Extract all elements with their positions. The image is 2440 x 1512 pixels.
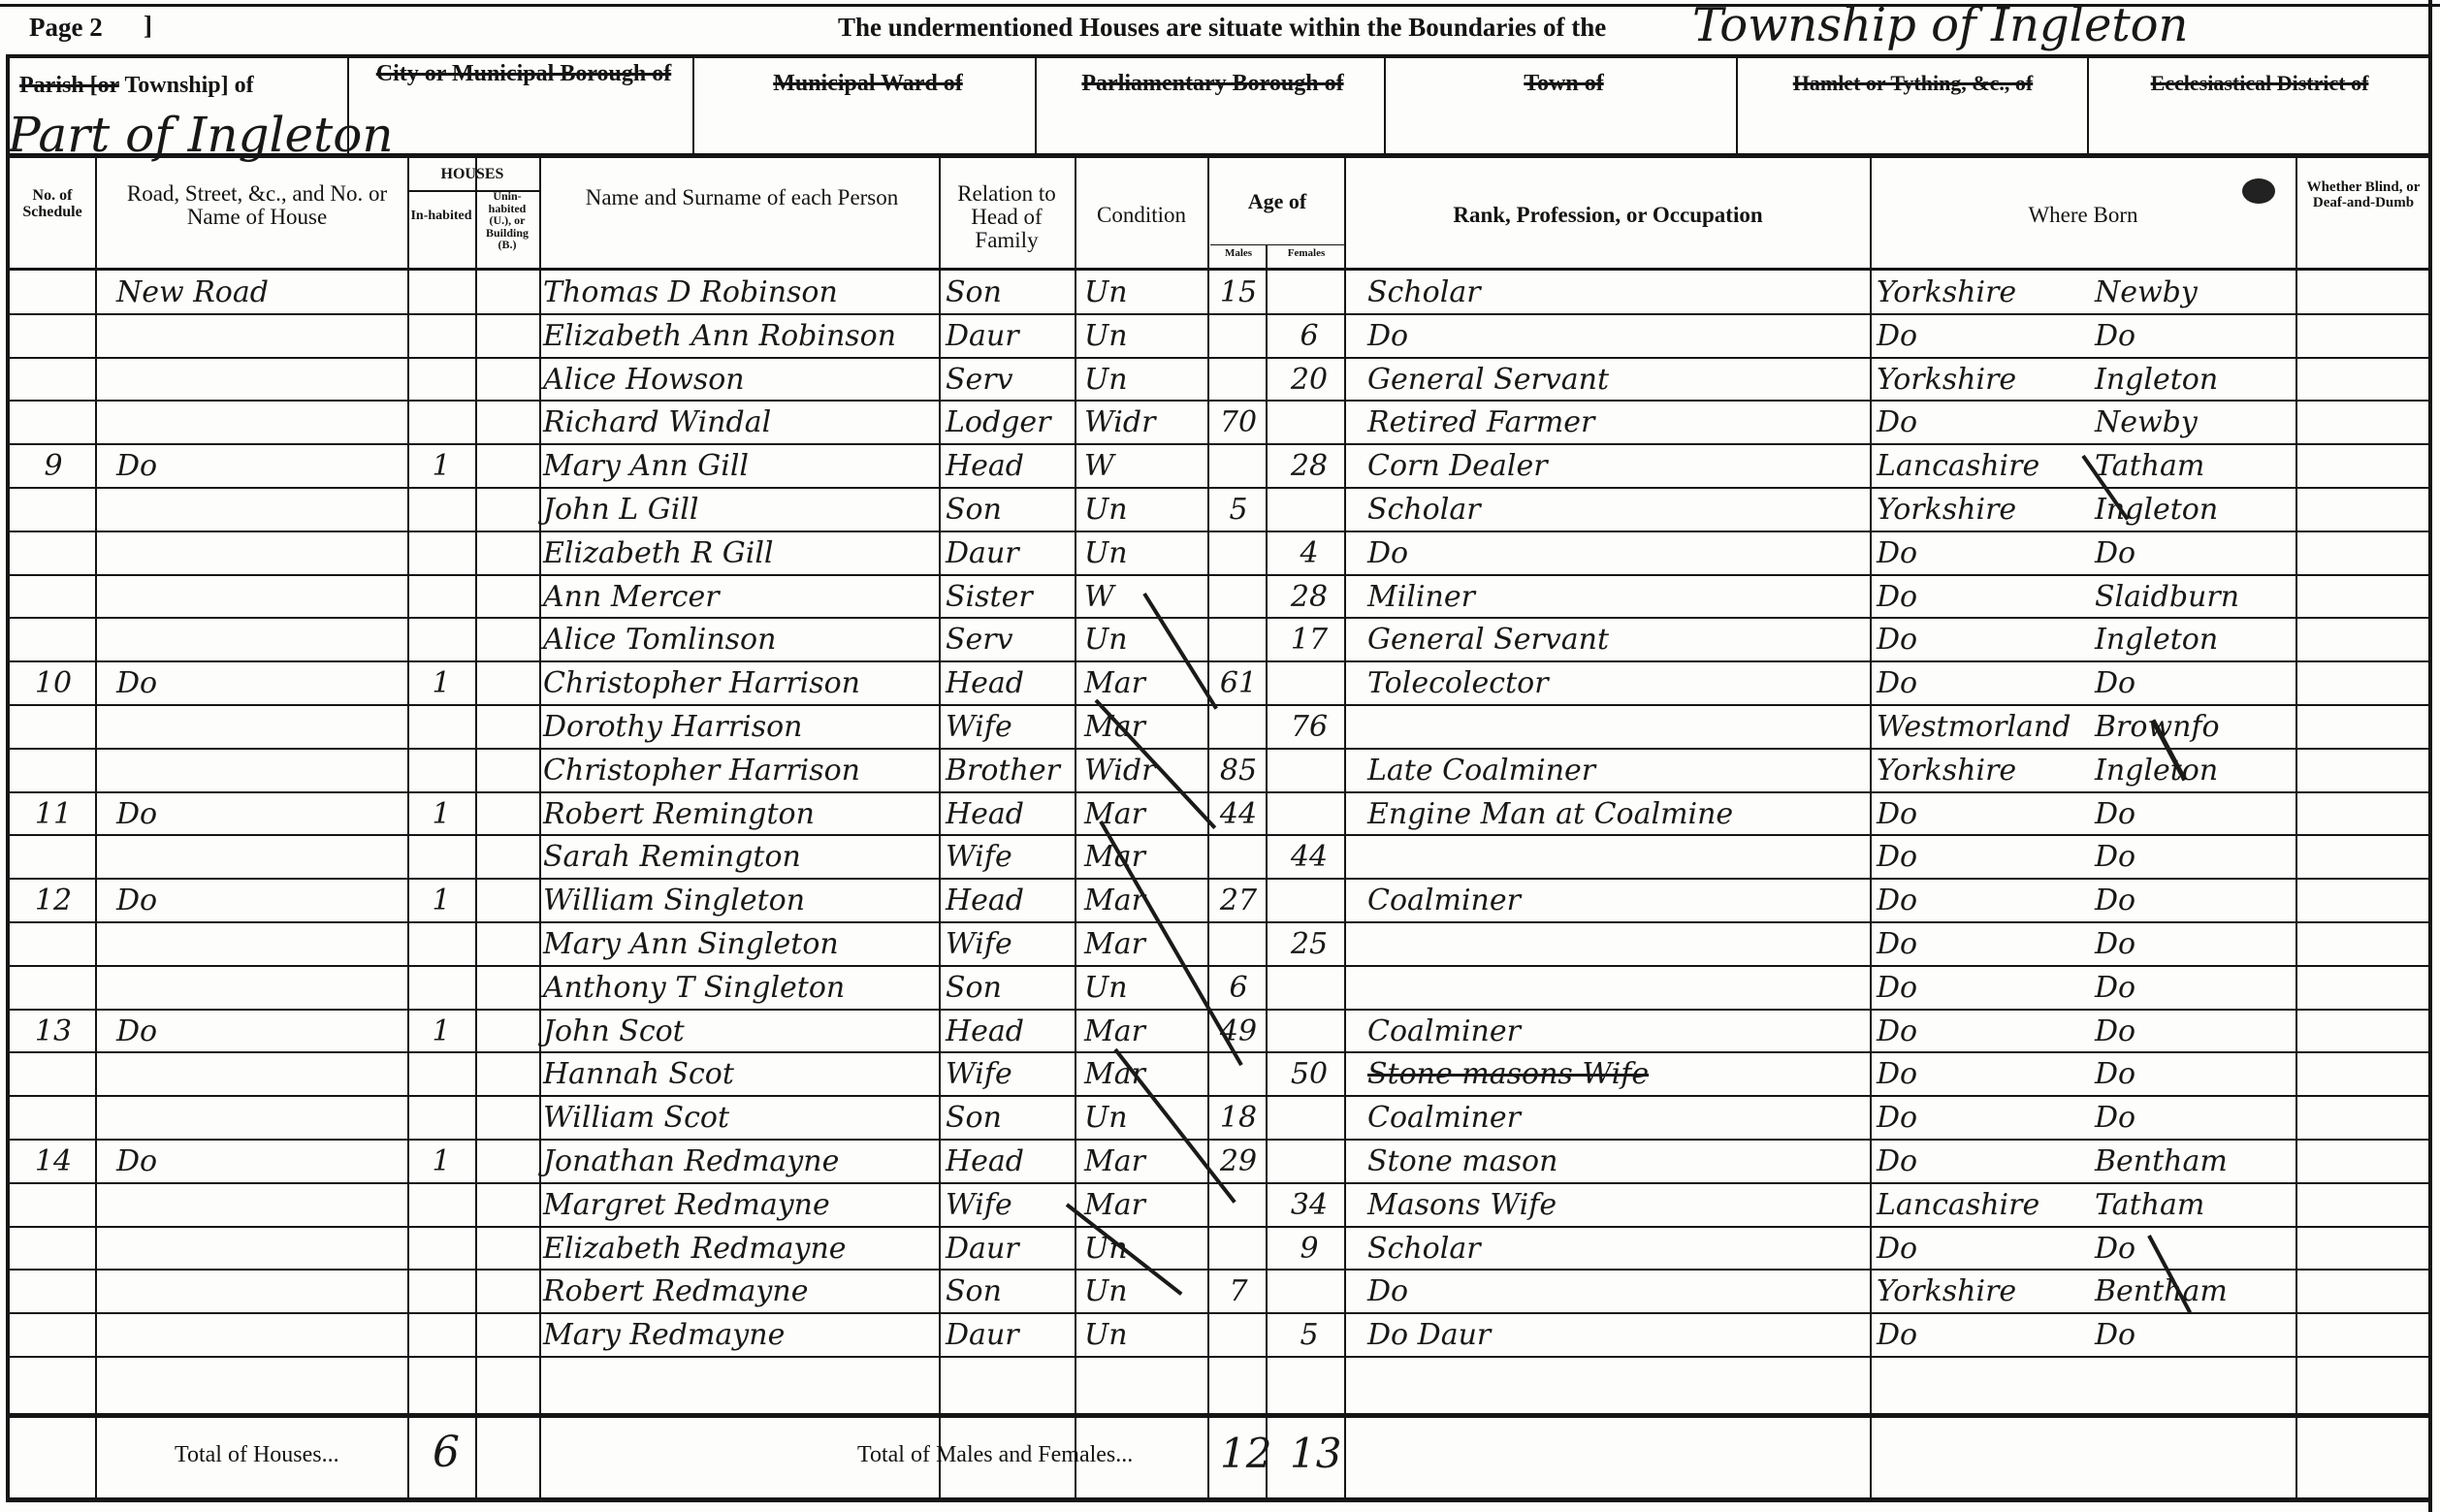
- schedule-cell: 9: [19, 452, 87, 481]
- name-cell: Christopher Harrison: [543, 669, 941, 698]
- condition-cell: W: [1084, 452, 1205, 481]
- occupation-cell: Coalminer: [1367, 886, 1862, 916]
- occupation-cell: Do Daur: [1367, 1321, 1862, 1350]
- born-county-cell: Do: [1877, 974, 2090, 1003]
- header-rule: [6, 54, 2430, 58]
- born-county-cell: Do: [1877, 843, 2090, 872]
- relation-cell: Wife: [946, 1191, 1072, 1220]
- born-county-cell: Yorkshire: [1877, 756, 2090, 786]
- female-age-cell: 44: [1280, 843, 1338, 872]
- table-row: Margret RedmayneWifeMar34Masons WifeLanc…: [0, 1185, 2440, 1229]
- table-row: Anthony T SingletonSonUn6DoDo: [0, 968, 2440, 1012]
- female-age-cell: 20: [1280, 366, 1338, 395]
- name-cell: William Scot: [543, 1104, 941, 1133]
- name-cell: Christopher Harrison: [543, 756, 941, 786]
- male-age-cell: 15: [1214, 278, 1263, 307]
- occupation-cell: Miliner: [1367, 583, 1862, 612]
- female-age-cell: 28: [1280, 452, 1338, 481]
- born-place-cell: Do: [2095, 539, 2289, 568]
- age-subrule: [1210, 244, 1344, 245]
- township-of: Township] of: [124, 73, 253, 98]
- born-place-cell: Do: [2095, 669, 2289, 698]
- occupation-cell: Do: [1367, 1277, 1862, 1306]
- condition-cell: Mar: [1084, 1147, 1205, 1176]
- condition-cell: Un: [1084, 974, 1205, 1003]
- relation-cell: Lodger: [946, 408, 1072, 437]
- female-age-cell: 34: [1280, 1191, 1338, 1220]
- row-rule: [10, 487, 2428, 489]
- born-county-cell: Yorkshire: [1877, 1277, 2090, 1306]
- col-schedule: No. of Schedule: [10, 188, 95, 221]
- born-county-cell: Do: [1877, 1060, 2090, 1089]
- table-row: William ScotSonUn18CoalminerDoDo: [0, 1098, 2440, 1142]
- relation-cell: Wife: [946, 713, 1072, 742]
- schedule-cell: 11: [19, 800, 87, 829]
- male-age-cell: 61: [1214, 669, 1263, 698]
- born-place-cell: Ingleton: [2095, 366, 2289, 395]
- table-row: Alice TomlinsonServUn17General ServantDo…: [0, 620, 2440, 663]
- name-cell: Mary Ann Singleton: [543, 930, 941, 959]
- female-age-cell: 5: [1280, 1321, 1338, 1350]
- row-rule: [10, 748, 2428, 750]
- female-age-cell: 50: [1280, 1060, 1338, 1089]
- relation-cell: Wife: [946, 843, 1072, 872]
- table-row: 10Do1Christopher HarrisonHeadMar61Toleco…: [0, 663, 2440, 707]
- condition-cell: Un: [1084, 322, 1205, 351]
- col-houses: HOUSES: [407, 167, 537, 183]
- total-persons-label: Total of Males and Females...: [857, 1443, 1216, 1467]
- row-rule: [10, 878, 2428, 880]
- road-cell: Do: [116, 669, 398, 698]
- boundary-written: Township of Ingleton: [1692, 2, 2188, 48]
- row-rule: [10, 1095, 2428, 1097]
- district-town-label: Town of: [1397, 72, 1731, 96]
- row-rule: [10, 921, 2428, 923]
- col-road: Road, Street, &c., and No. or Name of Ho…: [116, 182, 398, 229]
- total-males-value: 12: [1220, 1433, 1271, 1474]
- born-county-cell: Westmorland: [1877, 713, 2090, 742]
- born-place-cell: Tatham: [2095, 452, 2289, 481]
- inhabited-cell: 1: [417, 1017, 466, 1046]
- occupation-cell: Scholar: [1367, 496, 1862, 525]
- name-cell: Sarah Remington: [543, 843, 941, 872]
- total-houses-label: Total of Houses...: [175, 1443, 407, 1467]
- row-rule: [10, 574, 2428, 576]
- col-blind: Whether Blind, or Deaf-and-Dumb: [2298, 180, 2428, 211]
- occupation-cell: Stone mason: [1367, 1147, 1862, 1176]
- col-where-born: Where Born: [1872, 204, 2295, 227]
- col-relation: Relation to Head of Family: [941, 182, 1073, 252]
- relation-cell: Son: [946, 1104, 1072, 1133]
- male-age-cell: 6: [1214, 974, 1263, 1003]
- total-females-value: 13: [1290, 1433, 1341, 1474]
- born-place-cell: Do: [2095, 886, 2289, 916]
- condition-cell: Un: [1084, 366, 1205, 395]
- born-county-cell: Do: [1877, 1235, 2090, 1264]
- female-age-cell: 25: [1280, 930, 1338, 959]
- relation-cell: Head: [946, 1147, 1072, 1176]
- name-cell: Margret Redmayne: [543, 1191, 941, 1220]
- occupation-cell: Late Coalminer: [1367, 756, 1862, 786]
- row-rule: [10, 1139, 2428, 1141]
- name-cell: John Scot: [543, 1017, 941, 1046]
- born-county-cell: Do: [1877, 322, 2090, 351]
- table-row: New RoadThomas D RobinsonSonUn15ScholarY…: [0, 273, 2440, 316]
- born-place-cell: Newby: [2095, 278, 2289, 307]
- district-parish-written: Part of Ingleton: [8, 111, 394, 159]
- condition-cell: Un: [1084, 496, 1205, 525]
- table-row: Dorothy HarrisonWifeMar76WestmorlandBrow…: [0, 707, 2440, 751]
- table-row: 12Do1William SingletonHeadMar27Coalminer…: [0, 881, 2440, 924]
- row-rule: [10, 313, 2428, 315]
- inhabited-cell: 1: [417, 1147, 466, 1176]
- district-city-label: City or Municipal Borough of: [369, 62, 679, 86]
- table-row: John L GillSonUn5ScholarYorkshireIngleto…: [0, 490, 2440, 533]
- condition-cell: Un: [1084, 1235, 1205, 1264]
- col-uninhabited: Unin-habited (U.), or Building (B.): [476, 190, 538, 251]
- male-age-cell: 5: [1214, 496, 1263, 525]
- male-age-cell: 7: [1214, 1277, 1263, 1306]
- inhabited-cell: 1: [417, 886, 466, 916]
- born-county-cell: Do: [1877, 583, 2090, 612]
- born-county-cell: Yorkshire: [1877, 496, 2090, 525]
- condition-cell: Un: [1084, 1104, 1205, 1133]
- col-females: Females: [1268, 248, 1344, 260]
- condition-cell: Mar: [1084, 930, 1205, 959]
- struck-parish: Parish [or: [19, 73, 119, 98]
- intro-text: The undermentioned Houses are situate wi…: [838, 14, 1606, 41]
- born-county-cell: Do: [1877, 886, 2090, 916]
- relation-cell: Daur: [946, 1235, 1072, 1264]
- name-cell: Elizabeth Redmayne: [543, 1235, 941, 1264]
- female-age-cell: 9: [1280, 1235, 1338, 1264]
- born-county-cell: Do: [1877, 1104, 2090, 1133]
- table-row: Sarah RemingtonWifeMar44DoDo: [0, 837, 2440, 881]
- ink-blot-icon: [2242, 178, 2275, 204]
- name-cell: Elizabeth R Gill: [543, 539, 941, 568]
- divider: [1035, 56, 1037, 153]
- road-cell: Do: [116, 452, 398, 481]
- born-place-cell: Brownfo: [2095, 713, 2289, 742]
- female-age-cell: 76: [1280, 713, 1338, 742]
- row-rule: [10, 660, 2428, 662]
- relation-cell: Wife: [946, 1060, 1072, 1089]
- relation-cell: Son: [946, 278, 1072, 307]
- district-parish-label: Parish [or Township] of: [19, 74, 254, 98]
- born-county-cell: Do: [1877, 930, 2090, 959]
- relation-cell: Son: [946, 496, 1072, 525]
- inhabited-cell: 1: [417, 452, 466, 481]
- table-row: Elizabeth RedmayneDaurUn9ScholarDoDo: [0, 1229, 2440, 1272]
- table-row: Ann MercerSisterW28MilinerDoSlaidburn: [0, 577, 2440, 621]
- district-ward-label: Municipal Ward of: [708, 72, 1028, 96]
- male-age-cell: 85: [1214, 756, 1263, 786]
- row-rule: [10, 617, 2428, 619]
- born-place-cell: Do: [2095, 1104, 2289, 1133]
- row-rule: [10, 834, 2428, 836]
- name-cell: Dorothy Harrison: [543, 713, 941, 742]
- born-place-cell: Newby: [2095, 408, 2289, 437]
- condition-cell: Mar: [1084, 1017, 1205, 1046]
- born-place-cell: Do: [2095, 930, 2289, 959]
- row-rule: [10, 1356, 2428, 1358]
- name-cell: William Singleton: [543, 886, 941, 916]
- born-county-cell: Do: [1877, 408, 2090, 437]
- male-age-cell: 29: [1214, 1147, 1263, 1176]
- col-condition: Condition: [1076, 204, 1206, 227]
- row-rule: [10, 443, 2428, 445]
- inhabited-cell: 1: [417, 800, 466, 829]
- occupation-cell: Stone masons Wife: [1367, 1060, 1862, 1089]
- district-rule: [6, 153, 2430, 158]
- born-county-cell: Yorkshire: [1877, 278, 2090, 307]
- born-place-cell: Ingleton: [2095, 626, 2289, 655]
- occupation-cell: General Servant: [1367, 366, 1862, 395]
- born-county-cell: Do: [1877, 800, 2090, 829]
- table-row: 14Do1Jonathan RedmayneHeadMar29Stone mas…: [0, 1142, 2440, 1185]
- male-age-cell: 18: [1214, 1104, 1263, 1133]
- col-inhabited: In-habited: [409, 209, 473, 224]
- table-row: 9Do1Mary Ann GillHeadW28Corn DealerLanca…: [0, 446, 2440, 490]
- born-county-cell: Do: [1877, 539, 2090, 568]
- occupation-cell: General Servant: [1367, 626, 1862, 655]
- table-row: Elizabeth Ann RobinsonDaurUn6DoDoDo: [0, 316, 2440, 360]
- relation-cell: Serv: [946, 366, 1072, 395]
- condition-cell: Widr: [1084, 756, 1205, 786]
- column-header-rule: [6, 268, 2430, 271]
- born-county-cell: Yorkshire: [1877, 366, 2090, 395]
- condition-cell: Mar: [1084, 843, 1205, 872]
- born-place-cell: Bentham: [2095, 1147, 2289, 1176]
- divider: [2087, 56, 2089, 153]
- born-place-cell: Do: [2095, 1060, 2289, 1089]
- condition-cell: Un: [1084, 278, 1205, 307]
- born-county-cell: Do: [1877, 1321, 2090, 1350]
- born-place-cell: Do: [2095, 1017, 2289, 1046]
- page-label: Page 2: [29, 14, 103, 41]
- name-cell: Jonathan Redmayne: [543, 1147, 941, 1176]
- name-cell: John L Gill: [543, 496, 941, 525]
- col-age: Age of: [1210, 190, 1344, 212]
- male-age-cell: 70: [1214, 408, 1263, 437]
- col-males: Males: [1210, 248, 1267, 260]
- occupation-cell: Retired Farmer: [1367, 408, 1862, 437]
- table-row: Robert RedmayneSonUn7DoYorkshireBentham: [0, 1271, 2440, 1315]
- schedule-cell: 10: [19, 669, 87, 698]
- occupation-cell: Do: [1367, 322, 1862, 351]
- table-row: Mary Ann SingletonWifeMar25DoDo: [0, 924, 2440, 968]
- table-row: Richard WindalLodgerWidr70Retired Farmer…: [0, 402, 2440, 446]
- name-cell: Anthony T Singleton: [543, 974, 941, 1003]
- born-place-cell: Do: [2095, 322, 2289, 351]
- divider: [1736, 56, 1738, 153]
- road-cell: Do: [116, 1017, 398, 1046]
- bottom-rule: [6, 1497, 2430, 1502]
- name-cell: Robert Remington: [543, 800, 941, 829]
- occupation-cell: Corn Dealer: [1367, 452, 1862, 481]
- female-age-cell: 17: [1280, 626, 1338, 655]
- name-cell: Robert Redmayne: [543, 1277, 941, 1306]
- relation-cell: Son: [946, 974, 1072, 1003]
- occupation-cell: Scholar: [1367, 1235, 1862, 1264]
- occupation-cell: Scholar: [1367, 278, 1862, 307]
- female-age-cell: 4: [1280, 539, 1338, 568]
- row-rule: [10, 1269, 2428, 1271]
- col-name: Name and Surname of each Person: [562, 186, 921, 209]
- female-age-cell: 28: [1280, 583, 1338, 612]
- row-rule: [10, 1051, 2428, 1053]
- relation-cell: Daur: [946, 322, 1072, 351]
- row-rule: [10, 357, 2428, 359]
- total-houses-value: 6: [433, 1432, 460, 1474]
- born-place-cell: Do: [2095, 843, 2289, 872]
- col-occupation: Rank, Profession, or Occupation: [1348, 204, 1868, 227]
- divider: [1384, 56, 1386, 153]
- born-county-cell: Lancashire: [1877, 452, 2090, 481]
- condition-cell: Un: [1084, 1321, 1205, 1350]
- born-county-cell: Do: [1877, 669, 2090, 698]
- table-row: Alice HowsonServUn20General ServantYorks…: [0, 360, 2440, 403]
- table-row: 11Do1Robert RemingtonHeadMar44Engine Man…: [0, 794, 2440, 838]
- condition-cell: Un: [1084, 626, 1205, 655]
- occupation-cell: Coalminer: [1367, 1104, 1862, 1133]
- condition-cell: Mar: [1084, 669, 1205, 698]
- row-rule: [10, 1226, 2428, 1228]
- name-cell: Alice Tomlinson: [543, 626, 941, 655]
- name-cell: Mary Ann Gill: [543, 452, 941, 481]
- name-cell: Hannah Scot: [543, 1060, 941, 1089]
- relation-cell: Sister: [946, 583, 1072, 612]
- row-rule: [10, 400, 2428, 402]
- born-place-cell: Bentham: [2095, 1277, 2289, 1306]
- census-page: Page 2 ] The undermentioned Houses are s…: [0, 0, 2440, 1512]
- schedule-cell: 13: [19, 1017, 87, 1046]
- road-cell: New Road: [116, 278, 398, 307]
- houses-subrule: [407, 190, 539, 192]
- row-rule: [10, 531, 2428, 532]
- condition-cell: Mar: [1084, 1191, 1205, 1220]
- name-cell: Thomas D Robinson: [543, 278, 941, 307]
- name-cell: Ann Mercer: [543, 583, 941, 612]
- divider: [692, 56, 694, 153]
- relation-cell: Wife: [946, 930, 1072, 959]
- relation-cell: Head: [946, 800, 1072, 829]
- schedule-cell: 12: [19, 886, 87, 916]
- male-age-cell: 27: [1214, 886, 1263, 916]
- born-place-cell: Slaidburn: [2095, 583, 2289, 612]
- district-parl-borough-label: Parliamentary Borough of: [1045, 72, 1380, 96]
- name-cell: Alice Howson: [543, 366, 941, 395]
- relation-cell: Daur: [946, 539, 1072, 568]
- table-row: Christopher HarrisonBrotherWidr85Late Co…: [0, 751, 2440, 794]
- relation-cell: Head: [946, 452, 1072, 481]
- relation-cell: Head: [946, 886, 1072, 916]
- page-bracket: ]: [144, 12, 152, 39]
- row-rule: [10, 965, 2428, 967]
- relation-cell: Serv: [946, 626, 1072, 655]
- female-age-cell: 6: [1280, 322, 1338, 351]
- condition-cell: Un: [1084, 1277, 1205, 1306]
- relation-cell: Head: [946, 1017, 1072, 1046]
- born-place-cell: Do: [2095, 1321, 2289, 1350]
- relation-cell: Son: [946, 1277, 1072, 1306]
- born-county-cell: Lancashire: [1877, 1191, 2090, 1220]
- row-rule: [10, 1009, 2428, 1011]
- occupation-cell: Engine Man at Coalmine: [1367, 800, 1862, 829]
- born-place-cell: Do: [2095, 1235, 2289, 1264]
- name-cell: Richard Windal: [543, 408, 941, 437]
- occupation-cell: Do: [1367, 539, 1862, 568]
- born-place-cell: Do: [2095, 974, 2289, 1003]
- born-place-cell: Tatham: [2095, 1191, 2289, 1220]
- born-county-cell: Do: [1877, 626, 2090, 655]
- male-age-cell: 44: [1214, 800, 1263, 829]
- born-place-cell: Ingleton: [2095, 756, 2289, 786]
- table-row: Hannah ScotWifeMar50Stone masons WifeDoD…: [0, 1054, 2440, 1098]
- table-row: Mary RedmayneDaurUn5Do DaurDoDo: [0, 1315, 2440, 1359]
- condition-cell: Mar: [1084, 713, 1205, 742]
- born-place-cell: Do: [2095, 800, 2289, 829]
- district-ecclesiastical-label: Ecclesiastical District of: [2095, 72, 2424, 94]
- row-rule: [10, 1312, 2428, 1314]
- row-rule: [10, 704, 2428, 706]
- district-hamlet-label: Hamlet or Tything, &c., of: [1746, 72, 2080, 94]
- relation-cell: Head: [946, 669, 1072, 698]
- occupation-cell: Masons Wife: [1367, 1191, 1862, 1220]
- row-rule: [10, 791, 2428, 793]
- occupation-cell: Tolecolector: [1367, 669, 1862, 698]
- condition-cell: Widr: [1084, 408, 1205, 437]
- born-county-cell: Do: [1877, 1017, 2090, 1046]
- road-cell: Do: [116, 1147, 398, 1176]
- born-county-cell: Do: [1877, 1147, 2090, 1176]
- road-cell: Do: [116, 886, 398, 916]
- name-cell: Elizabeth Ann Robinson: [543, 322, 941, 351]
- road-cell: Do: [116, 800, 398, 829]
- table-row: Elizabeth R GillDaurUn4DoDoDo: [0, 533, 2440, 577]
- totals-rule: [6, 1413, 2430, 1418]
- name-cell: Mary Redmayne: [543, 1321, 941, 1350]
- relation-cell: Brother: [946, 756, 1072, 786]
- relation-cell: Daur: [946, 1321, 1072, 1350]
- condition-cell: Un: [1084, 539, 1205, 568]
- schedule-cell: 14: [19, 1147, 87, 1176]
- occupation-cell: Coalminer: [1367, 1017, 1862, 1046]
- inhabited-cell: 1: [417, 669, 466, 698]
